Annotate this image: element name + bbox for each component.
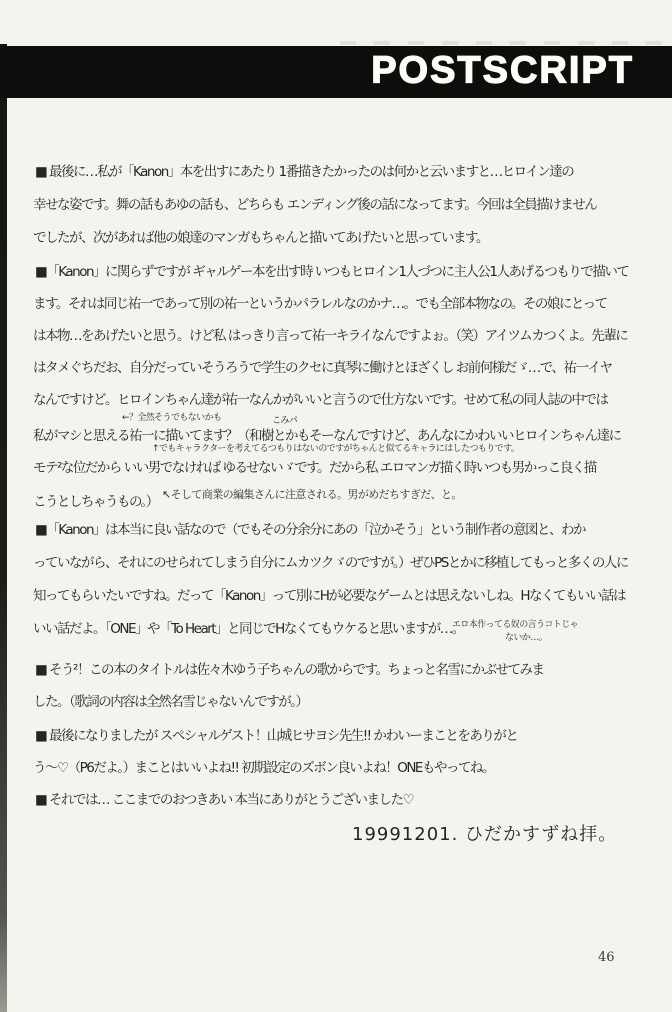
margin-note: ↑でもキャラクターを考えてるつもりはないのですがちゃんと似てるキャラにはしたつも…: [152, 441, 519, 454]
handwritten-line: は本物…をあげたいと思う。けど私 はっきり言って祐一キライなんですよぉ。（笑）ア…: [33, 324, 627, 344]
handwritten-line: 幸せな姿です。舞の話もあゆの話も、どちらも エンディング後の話になってます。今回…: [33, 193, 596, 213]
margin-note: ないか…。: [505, 630, 547, 643]
scanned-postscript-page: POSTSCRIPT ■ 最後に…私が「Kanon」本を出すにあたり 1番描きた…: [0, 0, 672, 1012]
handwritten-line: でしたが、次があれば他の娘達のマンガもちゃんと描いてあげたいと思っています。: [33, 226, 488, 246]
handwritten-line: こうとしちゃうもの。）: [33, 490, 158, 510]
handwritten-line: した。（歌詞の内容は全然名雪じゃないんですが。）: [33, 690, 308, 710]
handwritten-line: はタメぐちだお、自分だっていそうろうで学生のクセに真琴に働けとほざくし お前何様…: [33, 356, 612, 376]
handwritten-line: ■「Kanon」は本当に良い話なので（でもその分余分にあの「泣かそう」という制作…: [35, 518, 585, 538]
date-signature: 19991201. ひだかすずね拝。: [352, 820, 617, 846]
handwritten-line: ■ 最後になりましたが スペシャルゲスト！山城ヒサヨシ先生!! かわいーまことを…: [35, 724, 517, 744]
handwritten-line: モテ²な位だから いい男でなければ ゆるせないゞです。だから私 エロマンガ描く時…: [33, 456, 596, 476]
handwritten-line: ます。それは同じ祐一であって別の祐一というかパラレルなのかナ…。でも全部本物なの…: [33, 292, 607, 312]
margin-note: ↖そして商業の編集さんに注意される。男がめだちすぎだ、と。: [162, 486, 462, 502]
page-title: POSTSCRIPT: [371, 50, 634, 93]
handwritten-line: ■ そう²！この本のタイトルは佐々木ゆう子ちゃんの歌からです。ちょっと名雪にかぶ…: [35, 658, 543, 678]
scan-edge-shadow: [0, 44, 7, 1012]
postscript-header-bar: POSTSCRIPT: [0, 46, 672, 98]
scan-noise: [340, 41, 672, 45]
page-number: 46: [598, 950, 615, 965]
handwritten-line: ■ 最後に…私が「Kanon」本を出すにあたり 1番描きたかったのは何かと云いま…: [35, 160, 573, 180]
handwritten-line: 知ってもらいたいですね。だって「Kanon」って別にHが必要なゲームとは思えない…: [33, 584, 625, 604]
handwritten-line: ■ それでは… ここまでのおつきあい 本当にありがとうございました♡: [35, 788, 413, 808]
handwritten-line: っていながら、それにのせられてしまう自分にムカツクゞのですが。）ぜひPSとかに移…: [33, 551, 628, 571]
handwritten-line: なんですけど。ヒロインちゃん達が祐一なんかがいいと言うので仕方ないです。せめて私…: [33, 388, 608, 408]
handwritten-line: う～♡（P6だよ。）まことはいいよね!! 初期設定のズボン良いよね！ONEもやっ…: [33, 756, 494, 776]
margin-note: ←？全然そうでもないかも: [122, 410, 221, 423]
handwritten-line: ■「Kanon」に関らずですが ギャルゲー本を出す時 いつもヒロイン1人づつに主…: [35, 260, 628, 280]
handwritten-line: いい話だよ。「ONE」や「To Heart」と同じでHなくてもウケると思いますが…: [33, 617, 464, 637]
margin-note: エロ本作ってる奴の言うコトじゃ: [452, 617, 578, 630]
